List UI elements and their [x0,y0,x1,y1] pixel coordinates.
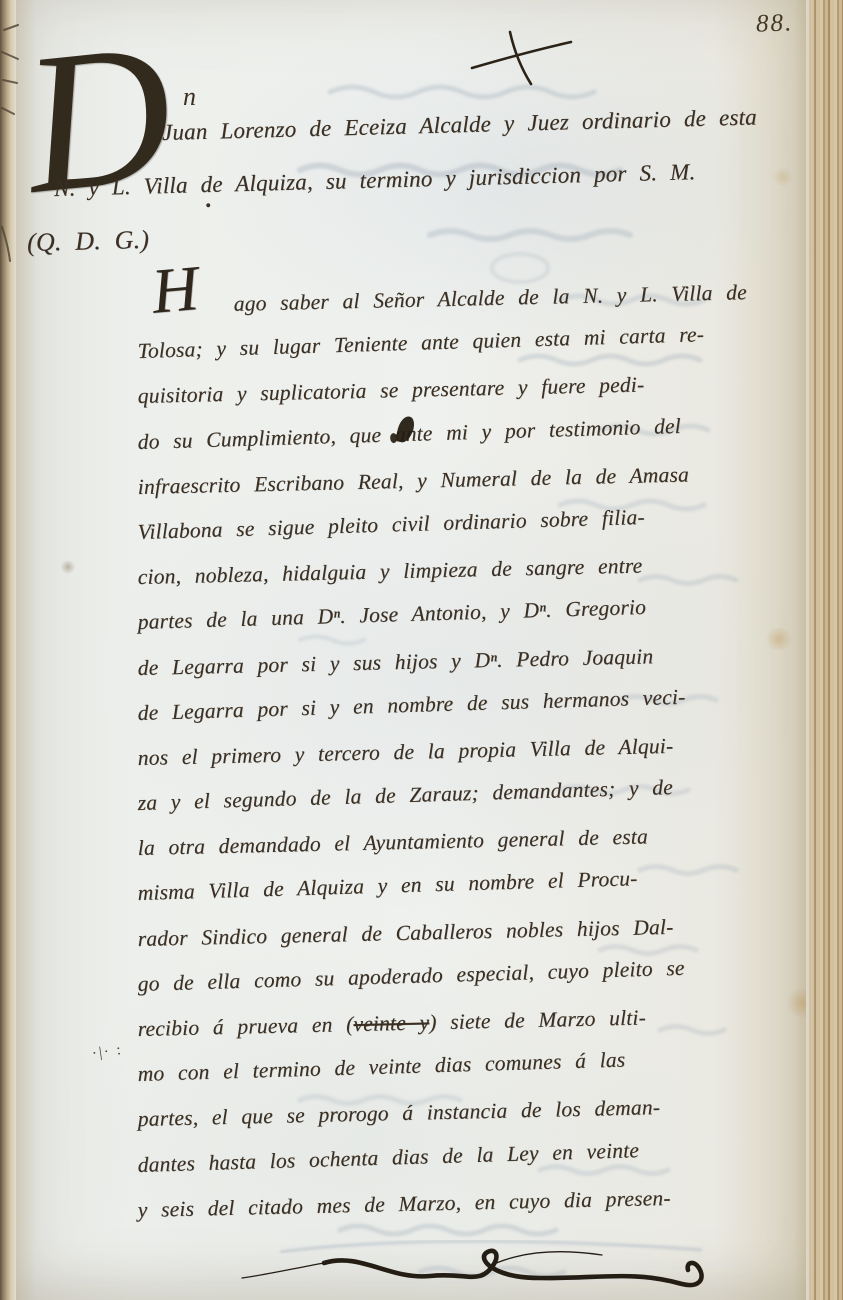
heading-line: (Q. D. G.) [27,225,150,258]
calligraphic-flourish-icon [240,1234,720,1298]
text-segment: recibio á prueva en ( [137,1012,353,1041]
page-deckle-edge [806,0,843,1300]
manuscript-page-scan: 88. D n . Juan Lorenzo de Eceiza Alcalde… [0,0,843,1300]
text-segment: ) siete de Marzo ulti- [429,1005,646,1034]
body-paragraph: ago saber al Señor Alcalde de la N. y L.… [138,294,818,1243]
heading-drop-initial-superscript: n [183,82,196,112]
page-number: 88. [756,9,794,38]
struck-text: veinte y [353,1010,429,1036]
invocation-cross-icon [466,26,578,90]
